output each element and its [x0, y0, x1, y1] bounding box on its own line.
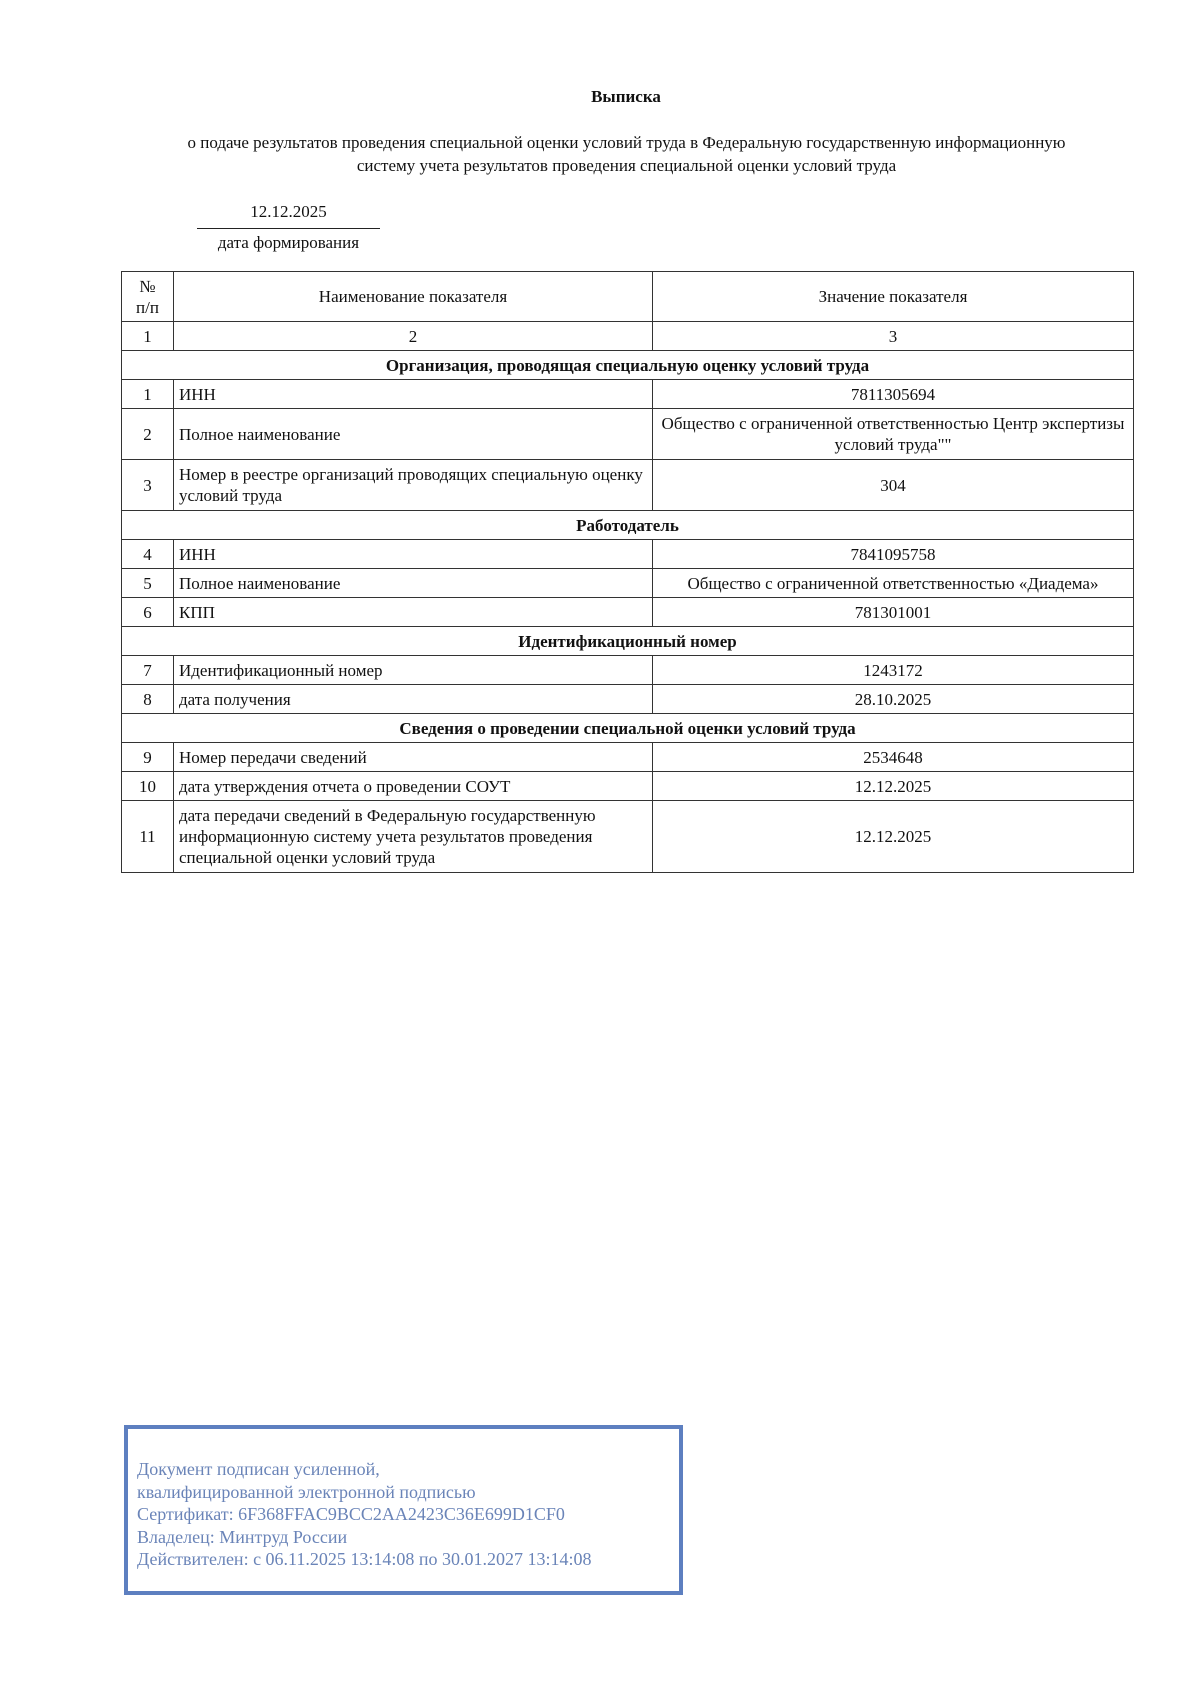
table-row: 3 Номер в реестре организаций проводящих… [122, 460, 1134, 511]
section-title: Сведения о проведении специальной оценки… [122, 714, 1134, 743]
row-name: ИНН [174, 380, 653, 409]
electronic-signature-stamp: Документ подписан усиленной, квалифициро… [124, 1425, 683, 1595]
row-value: 12.12.2025 [653, 801, 1134, 873]
table-row: 7 Идентификационный номер 1243172 [122, 656, 1134, 685]
signature-validity: Действителен: с 06.11.2025 13:14:08 по 3… [137, 1548, 592, 1571]
row-num: 4 [122, 540, 174, 569]
indicators-table: № п/п Наименование показателя Значение п… [121, 271, 1134, 873]
table-row: 6 КПП 781301001 [122, 598, 1134, 627]
signature-owner: Владелец: Минтруд России [137, 1526, 592, 1549]
row-value: Общество с ограниченной ответственностью… [653, 569, 1134, 598]
header-name: Наименование показателя [174, 272, 653, 322]
row-num: 7 [122, 656, 174, 685]
header-num-symbol: № [139, 277, 155, 296]
table-header-row: № п/п Наименование показателя Значение п… [122, 272, 1134, 322]
signature-certificate: Сертификат: 6F368FFAC9BCC2AA2423C36E699D… [137, 1503, 592, 1526]
row-num: 6 [122, 598, 174, 627]
document-subtitle: о подаче результатов проведения специаль… [121, 131, 1132, 177]
section-title: Работодатель [122, 511, 1134, 540]
row-value: 12.12.2025 [653, 772, 1134, 801]
row-num: 9 [122, 743, 174, 772]
row-num: 11 [122, 801, 174, 873]
row-num: 3 [122, 460, 174, 511]
row-value: 7841095758 [653, 540, 1134, 569]
signature-text: Документ подписан усиленной, квалифициро… [137, 1458, 592, 1571]
section-header-assessment-info: Сведения о проведении специальной оценки… [122, 714, 1134, 743]
row-value: 7811305694 [653, 380, 1134, 409]
row-name: Полное наименование [174, 409, 653, 460]
table-row: 10 дата утверждения отчета о проведении … [122, 772, 1134, 801]
signature-line-qualified: квалифицированной электронной подписью [137, 1481, 592, 1504]
row-value: 781301001 [653, 598, 1134, 627]
row-name: КПП [174, 598, 653, 627]
row-value: Общество с ограниченной ответственностью… [653, 409, 1134, 460]
formation-date-value: 12.12.2025 [197, 200, 380, 229]
row-num: 8 [122, 685, 174, 714]
subtitle-line-2: систему учета результатов проведения спе… [121, 154, 1132, 177]
row-value: 304 [653, 460, 1134, 511]
column-number-3: 3 [653, 322, 1134, 351]
column-number-1: 1 [122, 322, 174, 351]
row-name: Идентификационный номер [174, 656, 653, 685]
row-num: 1 [122, 380, 174, 409]
signature-line-signed: Документ подписан усиленной, [137, 1458, 592, 1481]
table-row: 5 Полное наименование Общество с огранич… [122, 569, 1134, 598]
row-name: дата получения [174, 685, 653, 714]
column-numbers-row: 1 2 3 [122, 322, 1134, 351]
section-header-employer: Работодатель [122, 511, 1134, 540]
row-value: 28.10.2025 [653, 685, 1134, 714]
row-num: 5 [122, 569, 174, 598]
column-number-2: 2 [174, 322, 653, 351]
header-num: № п/п [122, 272, 174, 322]
section-header-identification: Идентификационный номер [122, 627, 1134, 656]
table-row: 11 дата передачи сведений в Федеральную … [122, 801, 1134, 873]
section-header-organization: Организация, проводящая специальную оцен… [122, 351, 1134, 380]
row-name: дата передачи сведений в Федеральную гос… [174, 801, 653, 873]
section-title: Организация, проводящая специальную оцен… [122, 351, 1134, 380]
row-value: 2534648 [653, 743, 1134, 772]
document-title: Выписка [0, 85, 1192, 109]
row-num: 2 [122, 409, 174, 460]
subtitle-line-1: о подаче результатов проведения специаль… [121, 131, 1132, 154]
table-row: 8 дата получения 28.10.2025 [122, 685, 1134, 714]
table-row: 2 Полное наименование Общество с огранич… [122, 409, 1134, 460]
row-name: Номер в реестре организаций проводящих с… [174, 460, 653, 511]
row-name: Полное наименование [174, 569, 653, 598]
row-value: 1243172 [653, 656, 1134, 685]
table-row: 4 ИНН 7841095758 [122, 540, 1134, 569]
row-num: 10 [122, 772, 174, 801]
formation-date-block: 12.12.2025 дата формирования [197, 200, 380, 255]
header-num-label: п/п [136, 298, 159, 317]
header-value: Значение показателя [653, 272, 1134, 322]
section-title: Идентификационный номер [122, 627, 1134, 656]
row-name: ИНН [174, 540, 653, 569]
table-row: 9 Номер передачи сведений 2534648 [122, 743, 1134, 772]
row-name: Номер передачи сведений [174, 743, 653, 772]
row-name: дата утверждения отчета о проведении СОУ… [174, 772, 653, 801]
table-row: 1 ИНН 7811305694 [122, 380, 1134, 409]
formation-date-label: дата формирования [197, 231, 380, 255]
